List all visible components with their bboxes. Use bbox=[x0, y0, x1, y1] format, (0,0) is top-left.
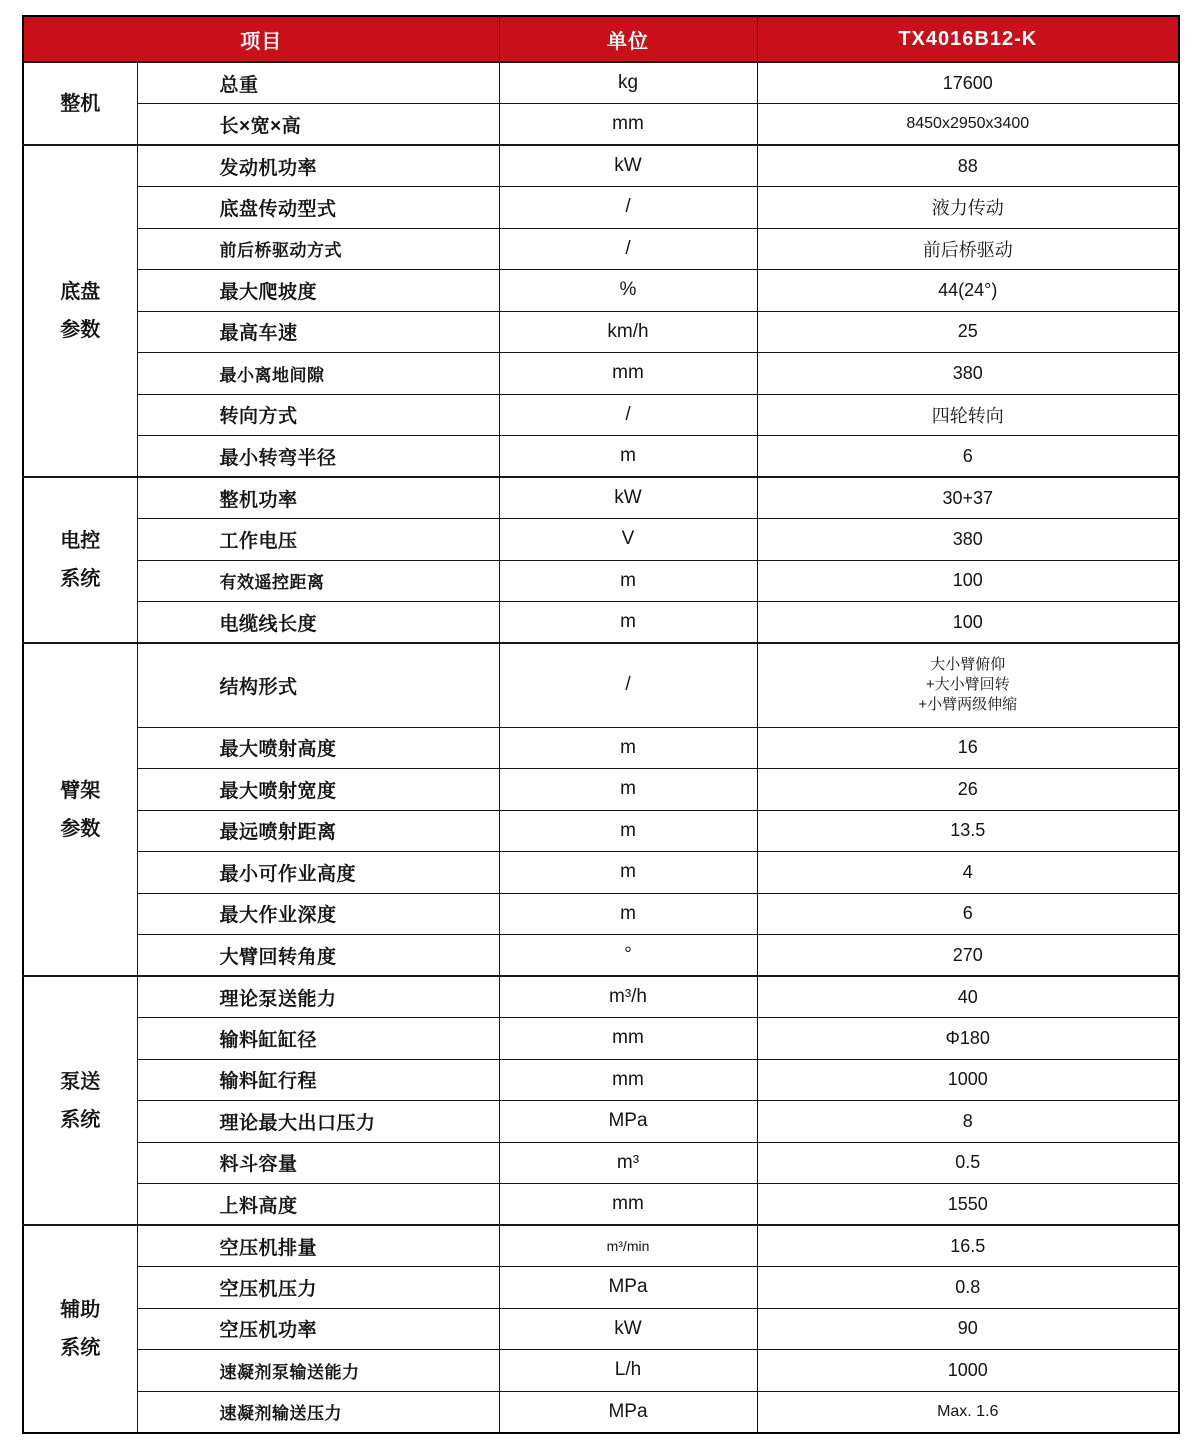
header-unit-column: 单位 bbox=[499, 16, 757, 62]
spec-row: 速凝剂泵输送能力L/h1000 bbox=[23, 1350, 1179, 1392]
unit-label: MPa bbox=[499, 1391, 757, 1433]
spec-row: 理论最大出口压力MPa8 bbox=[23, 1101, 1179, 1143]
item-label: 最大爬坡度 bbox=[137, 270, 499, 312]
item-label: 有效遥控距离 bbox=[137, 560, 499, 602]
item-label: 最高车速 bbox=[137, 311, 499, 353]
group-label: 辅助 系统 bbox=[23, 1225, 137, 1433]
item-label: 最小转弯半径 bbox=[137, 436, 499, 478]
unit-label: m bbox=[499, 436, 757, 478]
spec-row: 最大喷射高度m16 bbox=[23, 727, 1179, 769]
item-label: 速凝剂输送压力 bbox=[137, 1391, 499, 1433]
spec-row: 长×宽×高mm8450x2950x3400 bbox=[23, 104, 1179, 146]
item-label: 最远喷射距离 bbox=[137, 810, 499, 852]
spec-value: 13.5 bbox=[757, 810, 1179, 852]
spec-value: Max. 1.6 bbox=[757, 1391, 1179, 1433]
unit-label: kW bbox=[499, 477, 757, 519]
unit-label: / bbox=[499, 228, 757, 270]
spec-value: 1000 bbox=[757, 1059, 1179, 1101]
spec-row: 电缆线长度m100 bbox=[23, 602, 1179, 644]
spec-value: 17600 bbox=[757, 62, 1179, 104]
item-label: 工作电压 bbox=[137, 519, 499, 561]
spec-value: 26 bbox=[757, 769, 1179, 811]
unit-label: kg bbox=[499, 62, 757, 104]
unit-label: % bbox=[499, 270, 757, 312]
item-label: 总重 bbox=[137, 62, 499, 104]
unit-label: m bbox=[499, 769, 757, 811]
spec-value: 25 bbox=[757, 311, 1179, 353]
item-label: 输料缸缸径 bbox=[137, 1018, 499, 1060]
spec-value: 4 bbox=[757, 852, 1179, 894]
spec-value: 0.8 bbox=[757, 1267, 1179, 1309]
spec-row: 最小可作业高度m4 bbox=[23, 852, 1179, 894]
unit-label: / bbox=[499, 394, 757, 436]
unit-label: km/h bbox=[499, 311, 757, 353]
spec-value: 30+37 bbox=[757, 477, 1179, 519]
unit-label: m bbox=[499, 893, 757, 935]
spec-value: 90 bbox=[757, 1308, 1179, 1350]
spec-row: 最高车速km/h25 bbox=[23, 311, 1179, 353]
unit-label: m³ bbox=[499, 1142, 757, 1184]
spec-value: 380 bbox=[757, 353, 1179, 395]
spec-row: 电控 系统整机功率kW30+37 bbox=[23, 477, 1179, 519]
unit-label: m bbox=[499, 727, 757, 769]
item-label: 最大喷射高度 bbox=[137, 727, 499, 769]
unit-label: m³/min bbox=[499, 1225, 757, 1267]
item-label: 最大作业深度 bbox=[137, 893, 499, 935]
spec-value: 16 bbox=[757, 727, 1179, 769]
spec-sheet-page: 项目 单位 TX4016B12-K 整机总重kg17600长×宽×高mm8450… bbox=[0, 0, 1200, 1445]
unit-label: ° bbox=[499, 935, 757, 977]
spec-row: 最小转弯半径m6 bbox=[23, 436, 1179, 478]
spec-value: 88 bbox=[757, 145, 1179, 187]
spec-value: 1550 bbox=[757, 1184, 1179, 1226]
spec-value: 四轮转向 bbox=[757, 394, 1179, 436]
unit-label: mm bbox=[499, 1184, 757, 1226]
spec-value: 1000 bbox=[757, 1350, 1179, 1392]
spec-row: 最远喷射距离m13.5 bbox=[23, 810, 1179, 852]
spec-row: 最小离地间隙mm380 bbox=[23, 353, 1179, 395]
spec-value: 8450x2950x3400 bbox=[757, 104, 1179, 146]
spec-value: 380 bbox=[757, 519, 1179, 561]
spec-row: 上料高度mm1550 bbox=[23, 1184, 1179, 1226]
unit-label: MPa bbox=[499, 1101, 757, 1143]
item-label: 前后桥驱动方式 bbox=[137, 228, 499, 270]
spec-row: 有效遥控距离m100 bbox=[23, 560, 1179, 602]
spec-table: 项目 单位 TX4016B12-K 整机总重kg17600长×宽×高mm8450… bbox=[22, 15, 1180, 1434]
spec-row: 整机总重kg17600 bbox=[23, 62, 1179, 104]
spec-value: 6 bbox=[757, 893, 1179, 935]
item-label: 上料高度 bbox=[137, 1184, 499, 1226]
item-label: 理论最大出口压力 bbox=[137, 1101, 499, 1143]
unit-label: mm bbox=[499, 1018, 757, 1060]
unit-label: m bbox=[499, 852, 757, 894]
item-label: 整机功率 bbox=[137, 477, 499, 519]
unit-label: MPa bbox=[499, 1267, 757, 1309]
unit-label: m³/h bbox=[499, 976, 757, 1018]
group-label: 泵送 系统 bbox=[23, 976, 137, 1225]
spec-value: 44(24°) bbox=[757, 270, 1179, 312]
header-model-column: TX4016B12-K bbox=[757, 16, 1179, 62]
spec-value: 8 bbox=[757, 1101, 1179, 1143]
item-label: 最大喷射宽度 bbox=[137, 769, 499, 811]
spec-row: 料斗容量m³0.5 bbox=[23, 1142, 1179, 1184]
group-label: 整机 bbox=[23, 62, 137, 145]
unit-label: mm bbox=[499, 104, 757, 146]
spec-value: 100 bbox=[757, 602, 1179, 644]
spec-row: 底盘 参数发动机功率kW88 bbox=[23, 145, 1179, 187]
item-label: 转向方式 bbox=[137, 394, 499, 436]
spec-value: 270 bbox=[757, 935, 1179, 977]
spec-row: 前后桥驱动方式/前后桥驱动 bbox=[23, 228, 1179, 270]
spec-value: Φ180 bbox=[757, 1018, 1179, 1060]
item-label: 最小离地间隙 bbox=[137, 353, 499, 395]
item-label: 空压机压力 bbox=[137, 1267, 499, 1309]
group-label: 电控 系统 bbox=[23, 477, 137, 643]
spec-row: 输料缸行程mm1000 bbox=[23, 1059, 1179, 1101]
spec-row: 底盘传动型式/液力传动 bbox=[23, 187, 1179, 229]
spec-value: 40 bbox=[757, 976, 1179, 1018]
item-label: 长×宽×高 bbox=[137, 104, 499, 146]
item-label: 底盘传动型式 bbox=[137, 187, 499, 229]
spec-row: 辅助 系统空压机排量m³/min16.5 bbox=[23, 1225, 1179, 1267]
item-label: 输料缸行程 bbox=[137, 1059, 499, 1101]
item-label: 速凝剂泵输送能力 bbox=[137, 1350, 499, 1392]
spec-value: 液力传动 bbox=[757, 187, 1179, 229]
unit-label: kW bbox=[499, 1308, 757, 1350]
spec-row: 输料缸缸径mmΦ180 bbox=[23, 1018, 1179, 1060]
unit-label: kW bbox=[499, 145, 757, 187]
spec-value: 大小臂俯仰 +大小臂回转 +小臂两级伸缩 bbox=[757, 643, 1179, 727]
spec-row: 转向方式/四轮转向 bbox=[23, 394, 1179, 436]
unit-label: L/h bbox=[499, 1350, 757, 1392]
spec-row: 最大作业深度m6 bbox=[23, 893, 1179, 935]
spec-row: 空压机压力MPa0.8 bbox=[23, 1267, 1179, 1309]
spec-row: 最大喷射宽度m26 bbox=[23, 769, 1179, 811]
spec-table-body: 整机总重kg17600长×宽×高mm8450x2950x3400底盘 参数发动机… bbox=[23, 62, 1179, 1433]
unit-label: mm bbox=[499, 353, 757, 395]
table-header-row: 项目 单位 TX4016B12-K bbox=[23, 16, 1179, 62]
item-label: 最小可作业高度 bbox=[137, 852, 499, 894]
spec-row: 臂架 参数结构形式/大小臂俯仰 +大小臂回转 +小臂两级伸缩 bbox=[23, 643, 1179, 727]
spec-value: 16.5 bbox=[757, 1225, 1179, 1267]
unit-label: V bbox=[499, 519, 757, 561]
spec-row: 速凝剂输送压力MPaMax. 1.6 bbox=[23, 1391, 1179, 1433]
spec-row: 大臂回转角度°270 bbox=[23, 935, 1179, 977]
item-label: 理论泵送能力 bbox=[137, 976, 499, 1018]
unit-label: m bbox=[499, 560, 757, 602]
group-label: 底盘 参数 bbox=[23, 145, 137, 477]
unit-label: m bbox=[499, 810, 757, 852]
item-label: 发动机功率 bbox=[137, 145, 499, 187]
unit-label: / bbox=[499, 643, 757, 727]
spec-value: 100 bbox=[757, 560, 1179, 602]
spec-value: 前后桥驱动 bbox=[757, 228, 1179, 270]
unit-label: mm bbox=[499, 1059, 757, 1101]
header-item-column: 项目 bbox=[23, 16, 499, 62]
item-label: 空压机排量 bbox=[137, 1225, 499, 1267]
spec-value: 6 bbox=[757, 436, 1179, 478]
unit-label: / bbox=[499, 187, 757, 229]
item-label: 料斗容量 bbox=[137, 1142, 499, 1184]
spec-value: 0.5 bbox=[757, 1142, 1179, 1184]
item-label: 空压机功率 bbox=[137, 1308, 499, 1350]
spec-row: 最大爬坡度%44(24°) bbox=[23, 270, 1179, 312]
item-label: 大臂回转角度 bbox=[137, 935, 499, 977]
item-label: 电缆线长度 bbox=[137, 602, 499, 644]
group-label: 臂架 参数 bbox=[23, 643, 137, 976]
spec-row: 泵送 系统理论泵送能力m³/h40 bbox=[23, 976, 1179, 1018]
spec-row: 工作电压V380 bbox=[23, 519, 1179, 561]
spec-row: 空压机功率kW90 bbox=[23, 1308, 1179, 1350]
item-label: 结构形式 bbox=[137, 643, 499, 727]
unit-label: m bbox=[499, 602, 757, 644]
